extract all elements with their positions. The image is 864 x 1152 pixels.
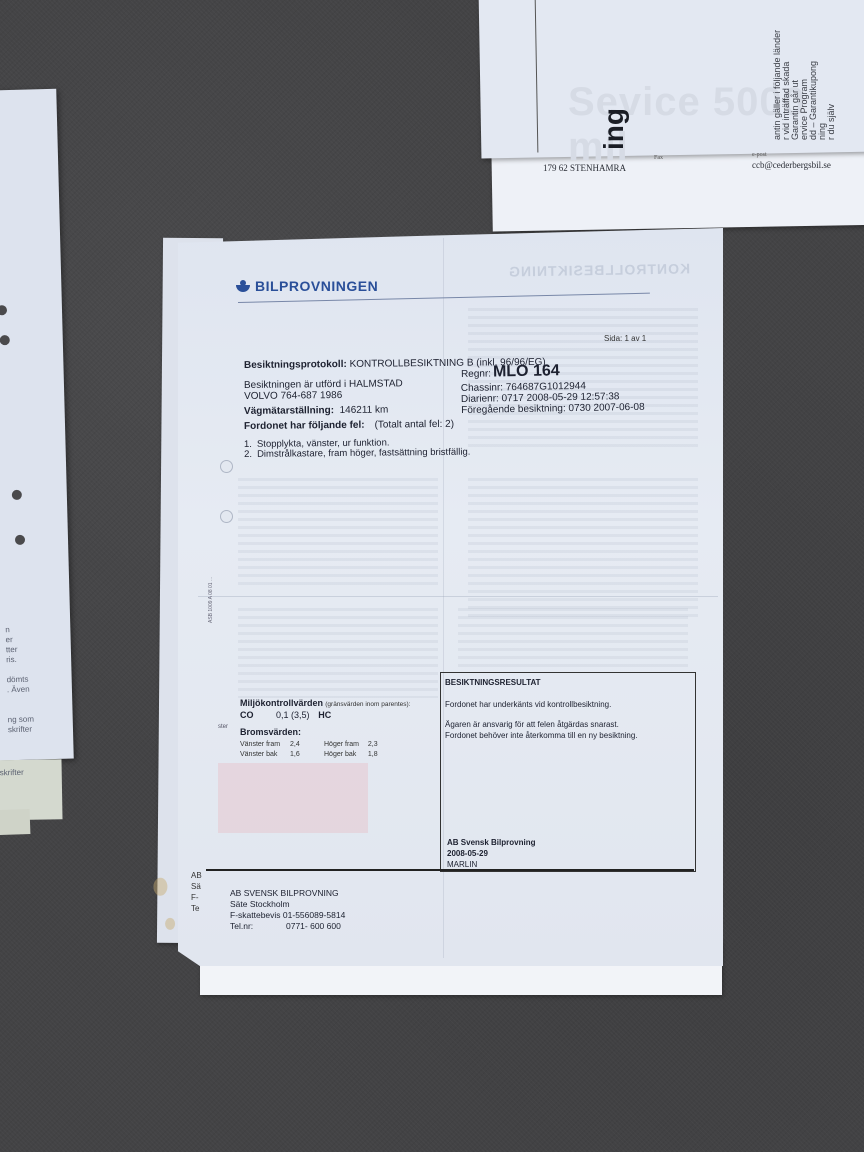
bleed-through-stamp xyxy=(218,763,368,833)
result-signature: AB Svensk Bilprovning 2008-05-29 MARLIN xyxy=(447,837,535,870)
brake-values: Vänster fram2,4Höger fram 2,3 Vänster ba… xyxy=(240,740,378,760)
left-page-fragment: ng som xyxy=(8,715,34,726)
registration-number: Regnr:MLO 164 xyxy=(461,362,560,382)
left-page-fragment: tter xyxy=(6,645,18,655)
punch-hole xyxy=(220,510,233,523)
faults-heading: Fordonet har följande fel:(Totalt antal … xyxy=(244,419,454,432)
bleed-through-text xyxy=(458,608,688,668)
brake-heading: Bromsvärden: xyxy=(240,727,301,737)
left-page-fragment: dömts xyxy=(7,675,29,686)
left-page-fragment: n xyxy=(5,625,10,635)
footer-rule xyxy=(206,869,694,871)
result-verdict: Fordonet har underkänts vid kontrollbesi… xyxy=(445,700,611,709)
protocol-label: Besiktningsprotokoll: xyxy=(244,359,347,371)
vehicle-model: VOLVO 764-687 1986 xyxy=(244,389,403,402)
co-value: 0,1 (3,5) xyxy=(276,710,316,721)
bleed-through-heading: KONTROLLBESIKTNING xyxy=(508,260,690,279)
hc-label: HC xyxy=(318,710,331,720)
company-footer: AB SVENSK BILPROVNING Säte Stockholm F-s… xyxy=(230,888,345,932)
rotated-line: r du själv xyxy=(826,104,836,140)
faults-heading-label: Fordonet har följande fel: xyxy=(244,420,365,432)
margin-fragment: ster xyxy=(218,724,228,730)
punch-hole xyxy=(220,460,233,473)
odometer-value: 146211 km xyxy=(340,404,389,416)
emission-note: (gränsvärden inom parentes): xyxy=(325,701,410,708)
page-rule xyxy=(535,0,539,153)
left-background-page xyxy=(0,809,30,836)
underlying-footer-fragment: AB Sä F- Te xyxy=(191,870,202,914)
signature-date: 2008-05-29 xyxy=(447,849,488,858)
punch-hole xyxy=(12,490,22,500)
left-page-fragment: er xyxy=(6,635,13,645)
fault-item: 2.Dimstrålkastare, fram höger, fastsättn… xyxy=(244,448,470,460)
footer-phone: Tel.nr:0771- 600 600 xyxy=(230,921,345,932)
left-page-fragment: . Även xyxy=(7,685,30,696)
stain xyxy=(165,918,175,930)
fax-label: Fax xyxy=(654,155,663,161)
email-label: e-post xyxy=(752,152,767,158)
odometer-label: Vägmätarställning: xyxy=(244,405,334,417)
dealer-email: ccb@cederbergsbil.se xyxy=(752,160,831,170)
page-indicator: Sida: 1 av 1 xyxy=(604,334,646,343)
left-page-fragment: ris. xyxy=(6,655,17,665)
punch-hole xyxy=(15,535,25,545)
vehicle-identifiers: Chassinr: 764687G1012944 Diarienr: 0717 … xyxy=(461,380,645,416)
bilprovningen-logo: BILPROVNINGEN xyxy=(236,278,378,294)
emission-heading: Miljökontrollvärden xyxy=(240,698,323,708)
bleed-through-text xyxy=(238,478,438,588)
bleed-through-text xyxy=(468,478,698,618)
co-label: CO xyxy=(240,710,276,721)
footer-company: AB SVENSK BILPROVNING xyxy=(230,888,345,899)
inspection-location-block: Besiktningen är utförd i HALMSTAD VOLVO … xyxy=(244,378,403,402)
brand-name: BILPROVNINGEN xyxy=(255,278,378,294)
faults-total: (Totalt antal fel: 2) xyxy=(374,419,454,431)
rotated-fragment: ing xyxy=(598,108,630,150)
punch-hole xyxy=(0,335,10,345)
stain xyxy=(153,878,167,896)
odometer-reading: Vägmätarställning: 146211 km xyxy=(244,404,388,417)
regnr-value: MLO 164 xyxy=(493,362,560,380)
result-heading: BESIKTNINGSRESULTAT xyxy=(445,678,541,687)
left-page-fragment: skrifter xyxy=(0,768,24,778)
dealer-address: 179 62 STENHAMRA xyxy=(543,163,626,173)
emission-values: Miljökontrollvärden (gränsvärden inom pa… xyxy=(240,698,411,721)
regnr-label: Regnr: xyxy=(461,368,491,380)
left-page-fragment: skrifter xyxy=(8,725,32,736)
inspection-location: Besiktningen är utförd i HALMSTAD xyxy=(244,378,403,391)
faults-list: 1.Stopplykta, vänster, ur funktion. 2.Di… xyxy=(244,438,471,460)
signer: AB Svensk Bilprovning xyxy=(447,838,535,847)
inspection-result-box: BESIKTNINGSRESULTAT Fordonet har underkä… xyxy=(440,672,696,872)
result-instructions: Ägaren är ansvarig för att felen åtgärda… xyxy=(445,719,638,741)
bleed-through-text xyxy=(238,608,438,698)
inspection-protocol-document: KONTROLLBESIKTNING ASB 1009 A 08 01 ... … xyxy=(178,228,723,966)
footer-tax: F-skattebevis 01-556089-5814 xyxy=(230,910,345,921)
footer-seat: Säte Stockholm xyxy=(230,899,345,910)
bilprovningen-logo-icon xyxy=(236,280,250,292)
punch-hole xyxy=(0,305,7,315)
form-print-code: ASB 1009 A 08 01 ... xyxy=(208,577,214,623)
